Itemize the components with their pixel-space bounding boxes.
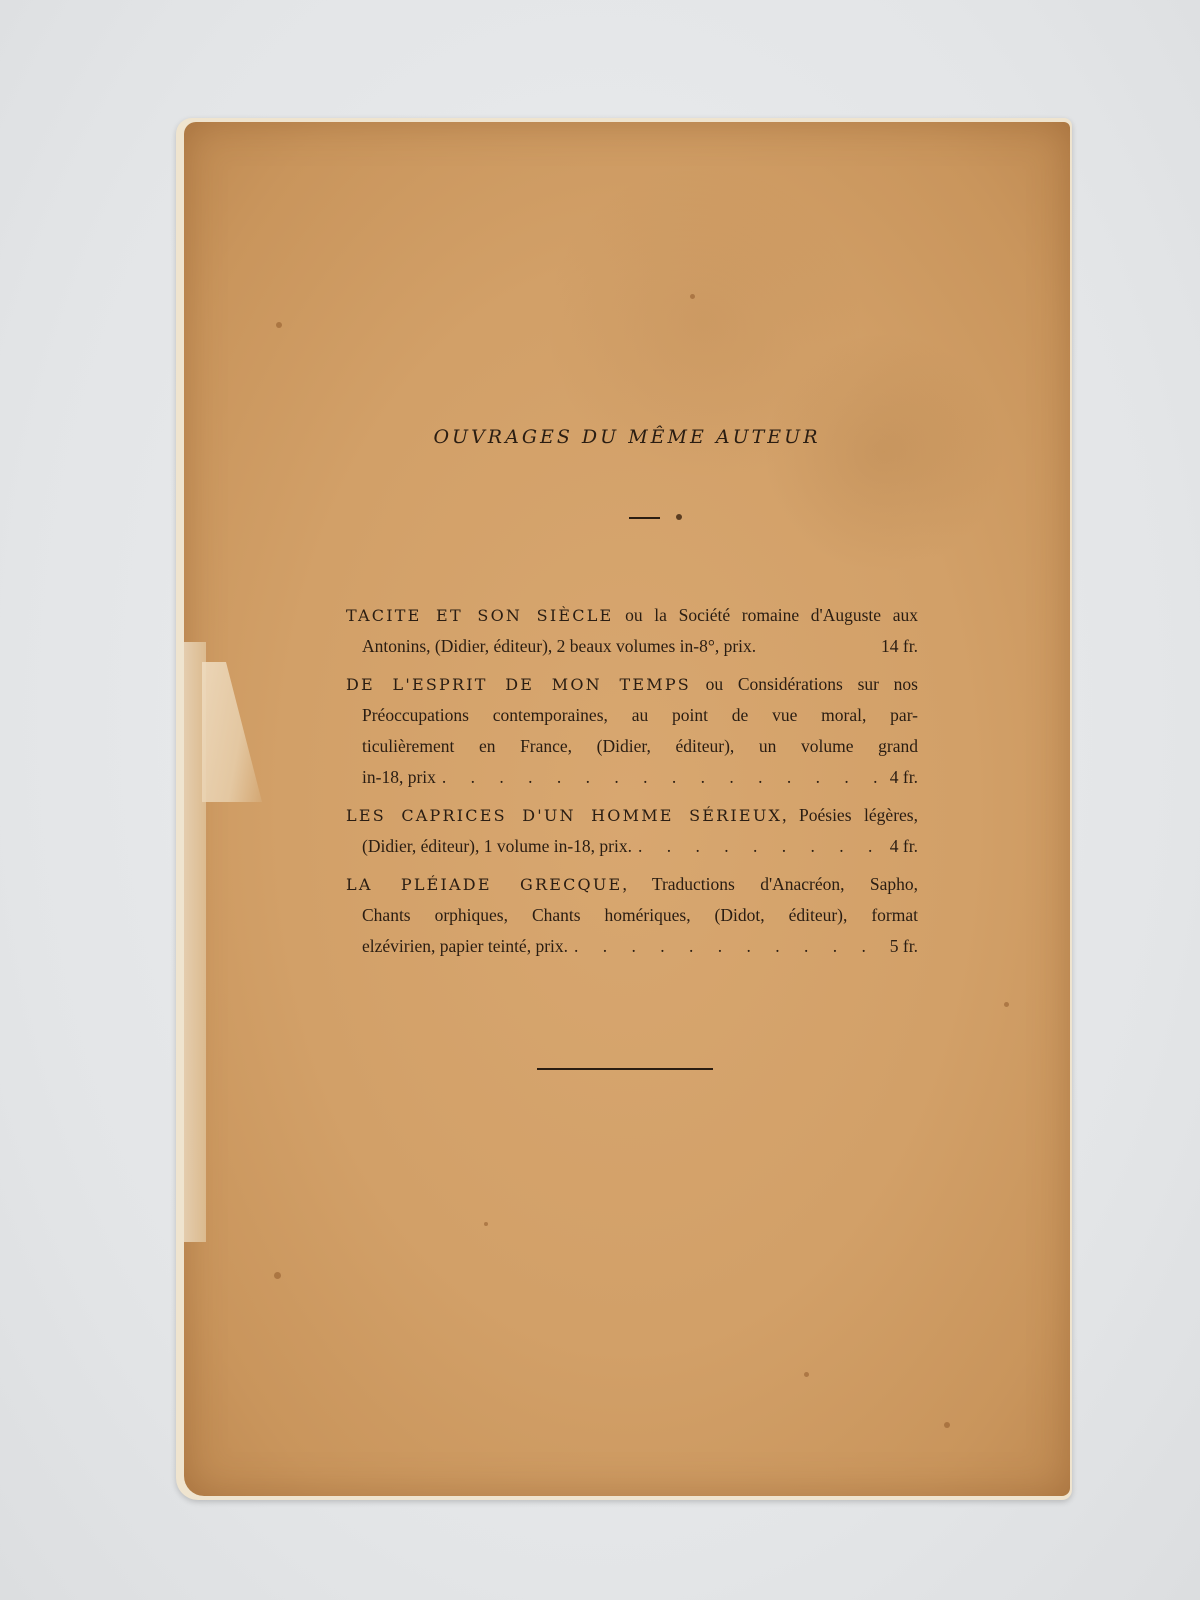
- work-description: Antonins, (Didier, éditeur), 2 beaux vol…: [362, 631, 756, 662]
- work-description: Préoccupations contemporaines, au point …: [346, 700, 918, 731]
- closing-rule: [537, 1068, 713, 1070]
- foxing-spot: [690, 294, 695, 299]
- work-price-line: Antonins, (Didier, éditeur), 2 beaux vol…: [346, 631, 918, 662]
- foxing-spot: [804, 1372, 809, 1377]
- work-description: Chants orphiques, Chants homériques, (Di…: [346, 900, 918, 931]
- foxing-spot: [1004, 1002, 1009, 1007]
- work-entry: LES CAPRICES D'UN HOMME SÉRIEUX, Poésies…: [346, 800, 918, 862]
- work-description: in-18, prix: [362, 762, 436, 793]
- foxing-spot: [676, 514, 682, 520]
- work-description: ou la Société romaine d'Auguste aux: [613, 605, 918, 625]
- leader-dots: [756, 631, 871, 662]
- work-title: TACITE ET SON SIÈCLE: [346, 606, 613, 625]
- work-description: , Poésies légères,: [782, 805, 918, 825]
- works-list: TACITE ET SON SIÈCLE ou la Société romai…: [346, 600, 918, 969]
- work-description: ticulièrement en France, (Didier, éditeu…: [346, 731, 918, 762]
- work-price: 14 fr.: [871, 631, 918, 662]
- foxing-spot: [944, 1422, 950, 1428]
- work-price-line: in-18, prix . . . . . . . . . . . . . . …: [346, 762, 918, 793]
- work-first-line: DE L'ESPRIT DE MON TEMPS ou Considératio…: [346, 669, 918, 700]
- foxing-spot: [274, 1272, 281, 1279]
- work-description: elzévirien, papier teinté, prix.: [362, 931, 568, 962]
- work-entry: TACITE ET SON SIÈCLE ou la Société romai…: [346, 600, 918, 662]
- work-description: , Traductions d'Anacréon, Sapho,: [622, 874, 918, 894]
- work-price: 4 fr.: [880, 762, 918, 793]
- work-price: 4 fr.: [880, 831, 918, 862]
- leader-dots: . . . . . . . . . . . . . . . . . . . . …: [632, 831, 880, 862]
- leader-dots: . . . . . . . . . . . . . . . . . . . . …: [568, 931, 880, 962]
- work-entry: LA PLÉIADE GRECQUE, Traductions d'Anacré…: [346, 869, 918, 962]
- book-back-cover: OUVRAGES DU MÊME AUTEUR TACITE ET SON SI…: [184, 122, 1070, 1496]
- foxing-spot: [484, 1222, 488, 1226]
- work-description: ou Considérations sur nos: [691, 674, 918, 694]
- series-heading: OUVRAGES DU MÊME AUTEUR: [433, 426, 820, 448]
- work-first-line: LES CAPRICES D'UN HOMME SÉRIEUX, Poésies…: [346, 800, 918, 831]
- work-title: LA PLÉIADE GRECQUE: [346, 875, 622, 894]
- work-price: 5 fr.: [880, 931, 918, 962]
- work-title: DE L'ESPRIT DE MON TEMPS: [346, 675, 691, 694]
- work-entry: DE L'ESPRIT DE MON TEMPS ou Considératio…: [346, 669, 918, 793]
- series-heading-block: OUVRAGES DU MÊME AUTEUR: [184, 426, 1070, 448]
- work-first-line: LA PLÉIADE GRECQUE, Traductions d'Anacré…: [346, 869, 918, 900]
- work-price-line: elzévirien, papier teinté, prix. . . . .…: [346, 931, 918, 962]
- torn-paper-flap: [202, 662, 262, 802]
- work-description: (Didier, éditeur), 1 volume in-18, prix.: [362, 831, 632, 862]
- work-first-line: TACITE ET SON SIÈCLE ou la Société romai…: [346, 600, 918, 631]
- photo-backdrop: OUVRAGES DU MÊME AUTEUR TACITE ET SON SI…: [0, 0, 1200, 1600]
- heading-rule: [629, 517, 660, 519]
- leader-dots: . . . . . . . . . . . . . . . . . . . . …: [436, 762, 880, 793]
- work-price-line: (Didier, éditeur), 1 volume in-18, prix.…: [346, 831, 918, 862]
- work-title: LES CAPRICES D'UN HOMME SÉRIEUX: [346, 806, 782, 825]
- foxing-spot: [276, 322, 282, 328]
